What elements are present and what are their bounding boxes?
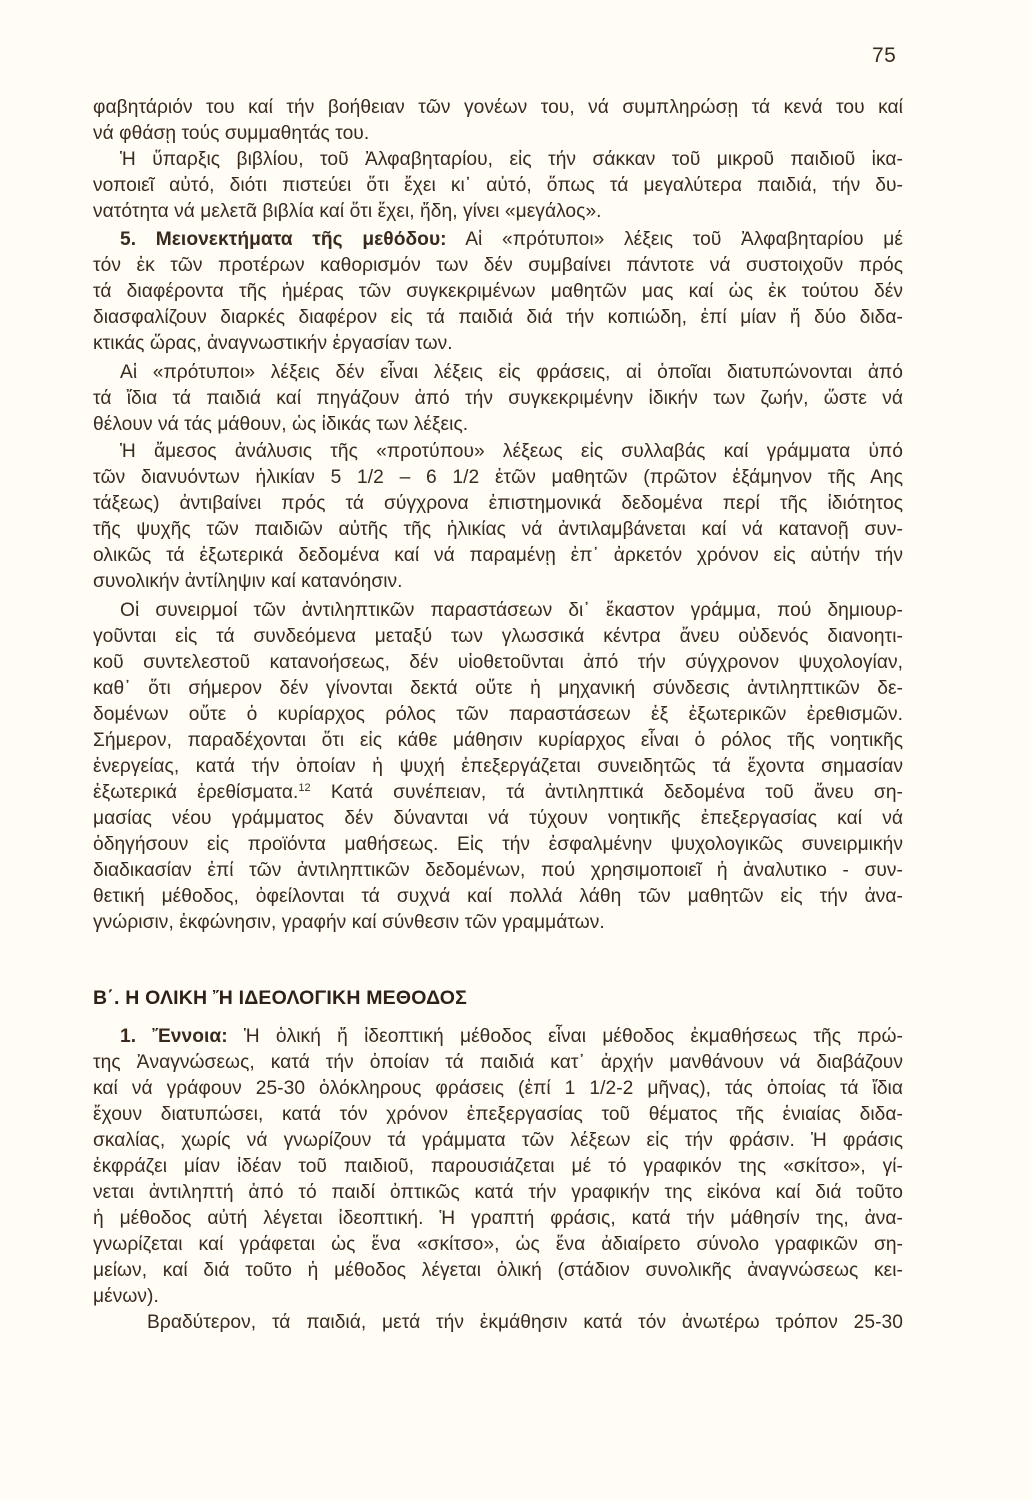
text-line: ὁδηγήσουν εἰς προϊόντα μαθήσεως. Εἰς τήν… xyxy=(93,832,903,858)
text-span: Κατά συνέπειαν, τά ἀντιληπτικά δεδομένα … xyxy=(311,782,903,803)
text-line: σκαλίας, χωρίς νά γνωρίζουν τά γράμματα … xyxy=(93,1128,903,1154)
text-line: νεται ἀντιληπτή ἀπό τό παιδί ὀπτικῶς κατ… xyxy=(93,1180,903,1206)
text-line: τῶν διανυόντων ἡλικίαν 5 1/2 – 6 1/2 ἐτῶ… xyxy=(93,465,903,491)
text-line: θέλουν νά τάς μάθουν, ὡς ἰδικάς των λέξε… xyxy=(93,412,903,438)
page-number: 75 xyxy=(872,44,896,68)
text-line: ἐξωτερικά ἐρεθίσματα.12 Κατά συνέπειαν, … xyxy=(93,780,903,806)
text-line: διαδικασίαν ἐπί τῶν ἀντιληπτικῶν δεδομέν… xyxy=(93,858,903,884)
text-line: μασίας νέου γράμματος δέν δύνανται νά τύ… xyxy=(93,806,903,832)
text-line: καί νά γράφουν 25-30 ὁλόκληρους φράσεις … xyxy=(93,1076,903,1102)
text-line: τόν ἐκ τῶν προτέρων καθορισμόν των δέν σ… xyxy=(93,253,903,279)
text-line: τά ἴδια τά παιδιά καί πηγάζουν ἀπό τήν σ… xyxy=(93,386,903,412)
subsection-heading-disadvantages: 5. Μειονεκτήματα τῆς μεθόδου: xyxy=(120,229,447,250)
text-line: μένων). xyxy=(93,1284,903,1310)
text-span: Αἱ «πρότυποι» λέξεις τοῦ Ἀλφαβηταρίου μέ xyxy=(447,229,903,250)
text-line: μείων, καί διά τοῦτο ἡ μέθοδος λέγεται ὁ… xyxy=(93,1258,903,1284)
text-line: γνωρίζεται καί γράφεται ὡς ἕνα «σκίτσο»,… xyxy=(93,1232,903,1258)
text-line: καθ᾽ ὅτι σήμερον δέν γίνονται δεκτά οὔτε… xyxy=(93,676,903,702)
text-line: ἐνεργείας, κατά τήν ὁποίαν ἡ ψυχή ἐπεξερ… xyxy=(93,754,903,780)
text-line: τῆς ψυχῆς τῶν παιδιῶν αὐτῆς τῆς ἡλικίας … xyxy=(93,517,903,543)
footnote-reference[interactable]: 12 xyxy=(298,782,310,794)
text-line: ἔχουν διατυπώσει, κατά τόν χρόνον ἐπεξερ… xyxy=(93,1102,903,1128)
text-line: κοῦ συντελεστοῦ κατανοήσεως, δέν υἱοθετο… xyxy=(93,650,903,676)
text-line: 1. Ἔννοια: Ἡ ὁλική ἤ ἰδεοπτική μέθοδος ε… xyxy=(120,1024,903,1050)
section-heading-b: Β΄. Η ΟΛΙΚΗ Ἤ ΙΔΕΟΛΟΓΙΚΗ ΜΕΘΟΔΟΣ xyxy=(93,985,467,1011)
text-span: ἐξωτερικά ἐρεθίσματα. xyxy=(93,782,298,803)
text-span: Ἡ ὁλική ἤ ἰδεοπτική μέθοδος εἶναι μέθοδο… xyxy=(228,1026,903,1047)
text-line: νατότητα νά μελετᾶ βιβλία καί ὅτι ἔχει, … xyxy=(93,199,903,225)
text-line: συνολικήν ἀντίληψιν καί κατανόησιν. xyxy=(93,569,903,595)
text-line: Οἱ συνειρμοί τῶν ἀντιληπτικῶν παραστάσεω… xyxy=(120,598,903,624)
text-line: δομένων οὔτε ὁ κυρίαρχος ρόλος τῶν παρασ… xyxy=(93,702,903,728)
text-line: γνώρισιν, ἐκφώνησιν, γραφήν καί σύνθεσιν… xyxy=(93,910,903,936)
text-line: ολικῶς τά ἐξωτερικά δεδομένα καί νά παρα… xyxy=(93,543,903,569)
text-line: Βραδύτερον, τά παιδιά, μετά τήν ἐκμάθησι… xyxy=(147,1310,903,1336)
text-line: θετική μέθοδος, ὀφείλονται τά συχνά καί … xyxy=(93,884,903,910)
text-line: νοποιεῖ αὐτό, διότι πιστεύει ὅτι ἔχει κι… xyxy=(93,173,903,199)
text-line: Αἱ «πρότυποι» λέξεις δέν εἶναι λέξεις εἰ… xyxy=(120,360,903,386)
text-line: διασφαλίζουν διαρκές διαφέρον εἰς τά παι… xyxy=(93,305,903,331)
text-line: τάξεως) ἀντιβαίνει πρός τά σύγχρονα ἐπισ… xyxy=(93,491,903,517)
text-line: Ἡ ἄμεσος ἀνάλυσις τῆς «προτύπου» λέξεως … xyxy=(120,439,903,465)
text-line: ἡ μέθοδος αὐτή λέγεται ἰδεοπτική. Ἡ γραπ… xyxy=(93,1206,903,1232)
text-line: γοῦνται εἰς τά συνδεόμενα μεταξύ των γλω… xyxy=(93,624,903,650)
text-line: τά διαφέροντα τῆς ἡμέρας τῶν συγκεκριμέν… xyxy=(93,279,903,305)
text-line: κτικάς ὥρας, ἀναγνωστικήν ἐργασίαν των. xyxy=(93,331,903,357)
text-line: της Ἀναγνώσεως, κατά τήν ὁποίαν τά παιδι… xyxy=(93,1050,903,1076)
text-line: νά φθάσῃ τούς συμμαθητάς του. xyxy=(93,121,903,147)
text-line: ἐκφράζει μίαν ἰδέαν τοῦ παιδιοῦ, παρουσι… xyxy=(93,1154,903,1180)
text-line: Ἡ ὕπαρξις βιβλίου, τοῦ Ἀλφαβηταρίου, εἰς… xyxy=(120,147,903,173)
text-line: Σήμερον, παραδέχονται ὅτι εἰς κάθε μάθησ… xyxy=(93,728,903,754)
text-line: φαβητάριόν του καί τήν βοήθειαν τῶν γονέ… xyxy=(93,95,903,121)
text-line: 5. Μειονεκτήματα τῆς μεθόδου: Αἱ «πρότυπ… xyxy=(120,227,903,253)
subsection-heading-concept: 1. Ἔννοια: xyxy=(120,1026,228,1047)
